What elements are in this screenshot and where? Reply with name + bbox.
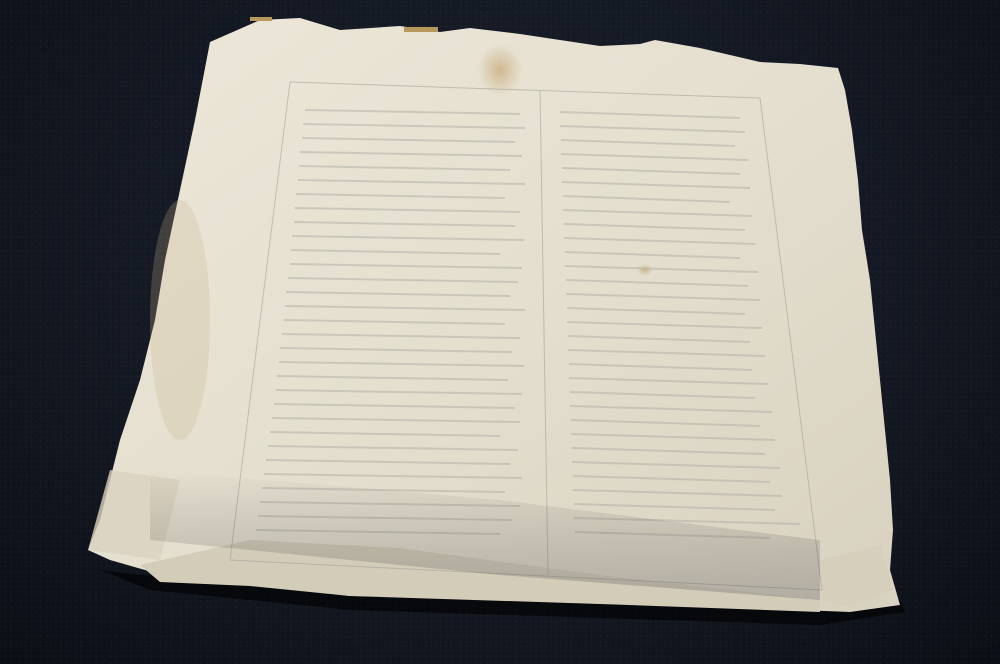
tape-remnant	[250, 17, 272, 21]
tape-remnant	[404, 27, 438, 32]
stain	[637, 264, 653, 276]
water-stain	[150, 200, 210, 440]
paper-sheet	[0, 0, 1000, 664]
photo-scene: Photograph of an old, torn, yellowed she…	[0, 0, 1000, 664]
